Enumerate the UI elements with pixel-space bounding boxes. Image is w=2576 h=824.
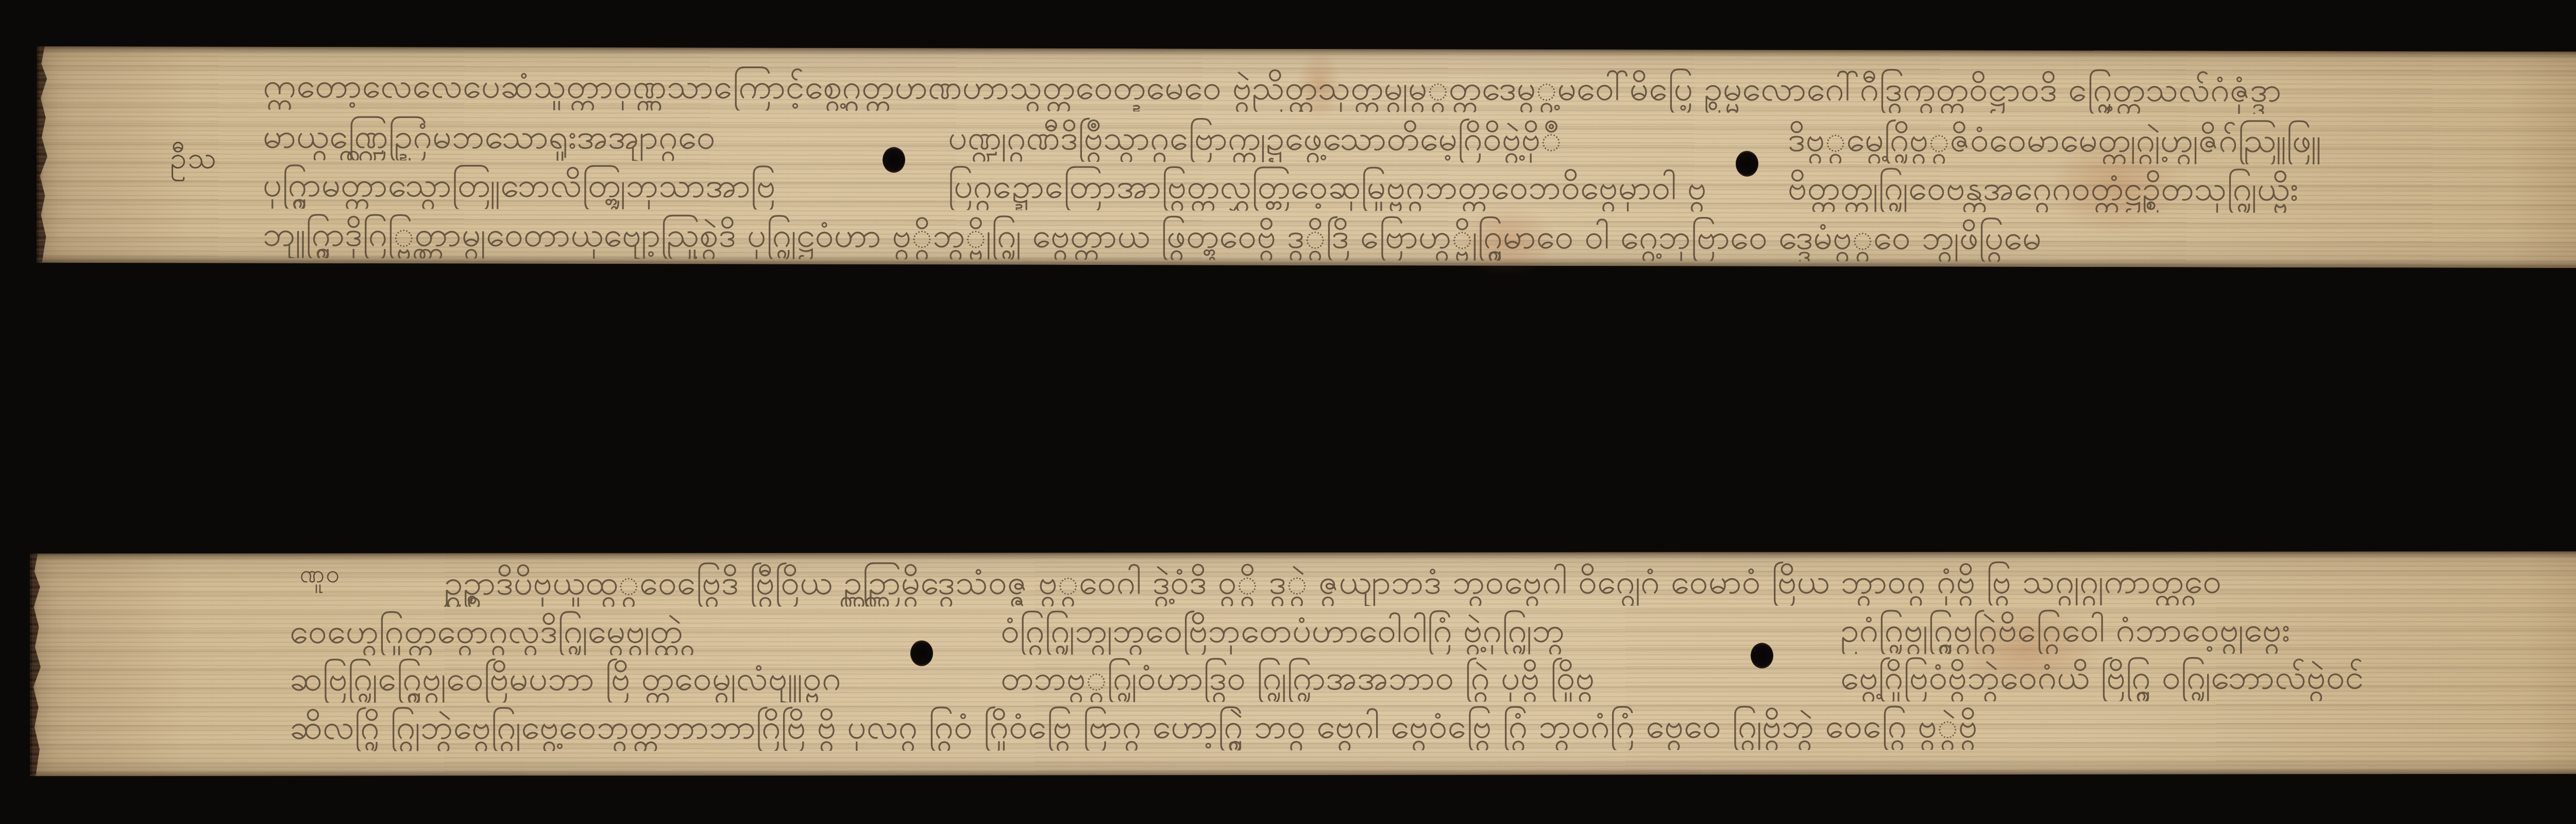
script-line-4: ဘျုဂ္ဂြွာဒိုဂြ္ဗြွတ္တာမွုဝေတာယုဗျော့ညြုစ… [263,211,2349,262]
script-line-2-a: မာယ္ဂ္ဂဏ္ဍြွေဉ္ဍြဂံမဘသောရှုးအအျာဂ္ဂဝေ [263,113,871,161]
leaf-signature: ဦသ [170,139,217,183]
script-line-3-b: တဘဗွွဂ္ဂြုဝံဟာဒြွဝ ဂ္ဂြုဂ္ဂြာအအဘာဝ ဂြွဲ … [1001,654,1763,702]
script-line-4: ဆိလဂ္ဂြိ ဂြွုဘွဲဗွေဂြွုဗွေ့ဝေဘွတ္တဘာဘာဂြ… [290,702,2386,751]
binding-hole-left [910,641,933,666]
palm-leaf-folio-bottom: ဏူဝ ဥွှဉ္စွာဒိပိဗုယူထွွဝေဗြွေဒိ ဗြွီဝြိယ… [32,551,2576,776]
script-line-3-a: ဆဗြဂ္ဂြုဂ္ဂြွေဗွုဝေဗြိမပဘာ ဗြိ တ္တဝေမွုလ… [290,655,897,703]
palm-leaf-folio-top: ဦသ ဣတော့လေလေပေဆံသူတ္တာဝုဏ္ဏသာကြောင့်စွေ့… [39,46,2576,268]
burnt-edge-left [30,553,41,776]
script-line-1: ဣတော့လေလေပေဆံသူတ္တာဝုဏ္ဏသာကြောင့်စွေ့ဂ္ဂ… [263,62,2349,114]
binding-hole-left [883,147,905,173]
script-line-3-c: ဗွေ့ဂြိုဗြဝံဗွိဘွဲဝေဂံယိ ဗြိဂ္ဂြွ ဝဂ္ဂြု… [1840,653,2386,701]
script-line-2-c: ဥဂံဂ္ဂြဗွုဂ္ဂြွဗွဂြွဲဗိဂြွေဝေါ ဂံဘာဝေ့ဗွ… [1840,606,2386,654]
script-line-3-b: ပြဂ္ဂဍ္ဍောတြောအာဗြွတ္တလွှတ္တြဝေ့ဆုမြုဗ္ဗ… [948,162,1705,211]
script-line-3-c: ဗိတ္တတ္တုဂ္ဂြုဝေဗန္တအဂွေဂဝတ္တံဋ္ဌဉ္စိတသု… [1788,164,2349,213]
script-line-2-b: ဝံဂြွဂ္ဂြုဘွုဘွဝေဗြိဘုဝောပံဟာဝေါဝါဂြံ ဗွ… [1001,607,1763,654]
script-line-2-b: ပဏ္ဍုဂ္ဂဏီဒိဗြွဳသွာဂ္ဂဗြောက္ကုဍ္ဋဖွေ့သော… [948,114,1710,163]
script-line-1: ဥွှဉ္စွာဒိပိဗုယူထွွဝေဗြွေဒိ ဗြွီဝြိယ ဉ္ဏ… [444,558,2386,607]
binding-hole-right [1736,151,1758,177]
script-line-3-a: ပုဂ္ဂြွာမတ္တာသွောတြူဘေလိတ္တြွုဘုသာအာဗြ [263,161,855,210]
leaf-signature: ဏူဝ [300,559,341,595]
burnt-edge-left [37,46,48,263]
script-line-2-c: ဒိဗွွမွေ့ဂ္ဂြိဗွွဇိဝံဝေမာမေတ္တုဂ္ဂုဲ့ဟွု… [1788,116,2349,164]
script-line-2-a: ဝေဟွေဂြုတ္တဝွောဂ္ဂလွဒိဂ္ဂြုမွေဗွုတ္ထွဲ [290,608,897,655]
